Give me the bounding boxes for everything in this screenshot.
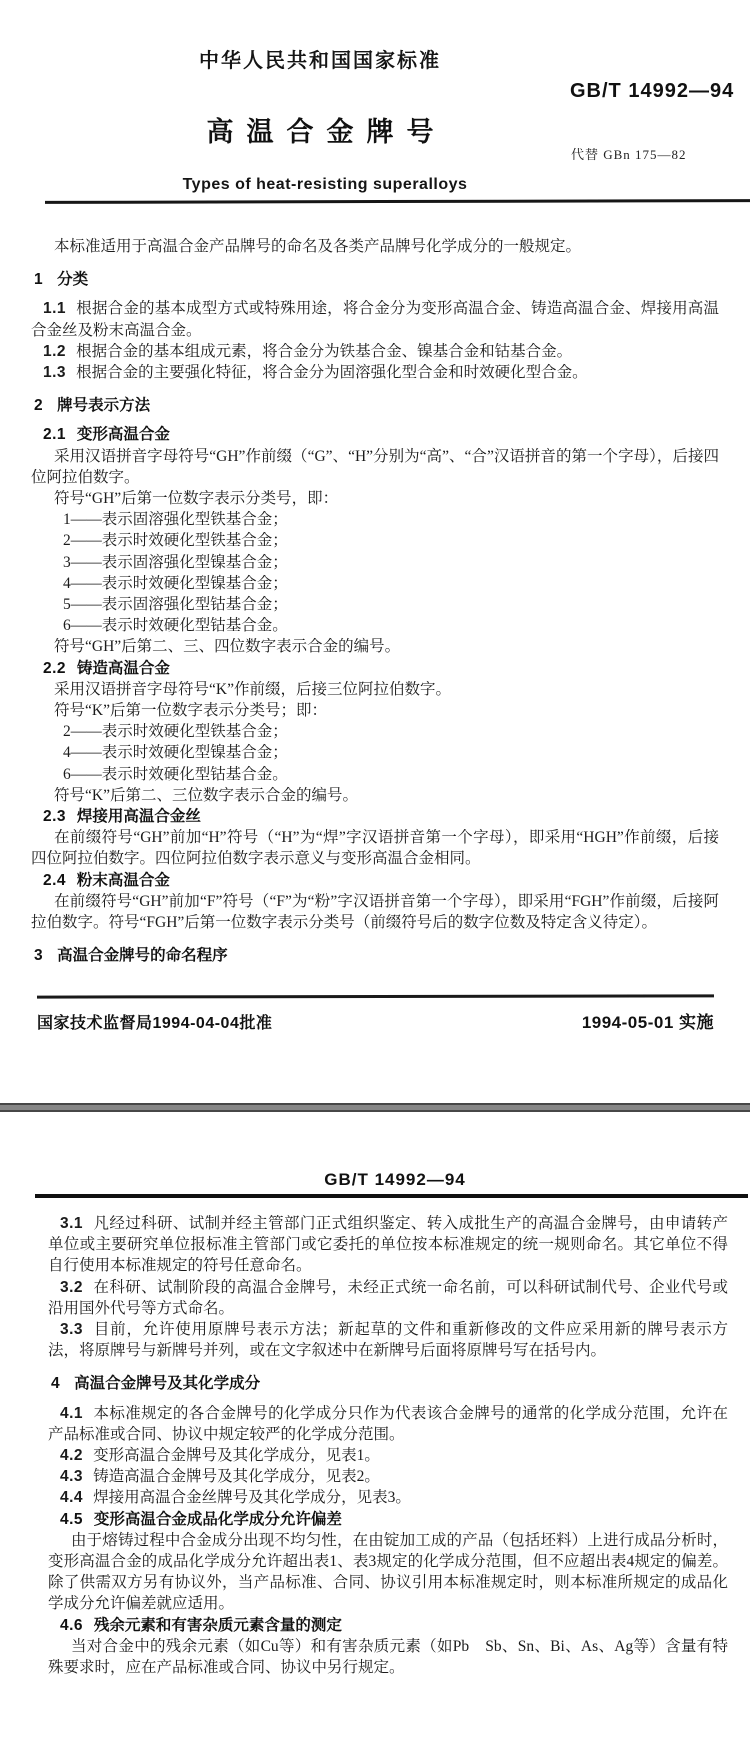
paragraph-text: 2——表示时效硬化型铁基合金； [63,532,288,549]
paragraph: 符号“GH”后第一位数字表示分类号，即： [31,488,719,509]
replaces-note: 代替 GBn 175—82 [571,144,687,163]
page1-body: 本标准适用于高温合金产品牌号的命名及各类产品牌号化学成分的一般规定。1分类1.1… [31,230,719,975]
paragraph: 4.3铸造高温合金牌号及其化学成分，见表2。 [48,1466,728,1487]
section-number: 4.2 [60,1447,83,1464]
paragraph-text: 4——表示时效硬化型镍基合金； [63,744,288,761]
paragraph: 在前缀符号“GH”前加“H”符号（“H”为“焊”字汉语拼音第一个字母），即采用“… [31,827,719,869]
section-number: 3.1 [60,1215,83,1232]
paragraph-text: 当对合金中的残余元素（如Cu等）和有害杂质元素（如Pb Sb、Sn、Bi、As、… [48,1638,728,1676]
paragraph-text: 本标准规定的各合金牌号的化学成分只作为代表该合金牌号的通常的化学成分范围，允许在… [48,1405,728,1443]
paragraph-text: 4——表示时效硬化型镍基合金； [63,575,288,592]
approval-note: 国家技术监督局1994-04-04批准 [37,1010,272,1033]
section-number: 1.2 [43,343,66,360]
paragraph-text: 残余元素和有害杂质元素含量的测定 [94,1617,342,1634]
paragraph-text: 由于熔铸过程中合金成分出现不均匀性，在由锭加工成的产品（包括坯料）上进行成品分析… [48,1532,728,1613]
section-heading: 2.2铸造高温合金 [31,658,719,679]
paragraph: 3.1凡经过科研、试制并经主管部门正式组织鉴定、转入成批生产的高温合金牌号，由申… [48,1213,728,1277]
paragraph: 6——表示时效硬化型钴基合金。 [31,764,719,785]
section-number: 4.6 [60,1617,83,1634]
page2-body: 3.1凡经过科研、试制并经主管部门正式组织鉴定、转入成批生产的高温合金牌号，由申… [48,1213,728,1678]
paragraph: 符号“K”后第二、三位数字表示合金的编号。 [31,785,719,806]
section-number: 3 [34,947,43,964]
paragraph-text: 焊接用高温合金丝 [77,808,201,825]
paragraph-text: 粉末高温合金 [77,872,170,889]
section-heading: 2.3焊接用高温合金丝 [31,806,719,827]
paragraph-text: 根据合金的主要强化特征，将合金分为固溶强化型合金和时效硬化型合金。 [76,364,588,381]
paragraph-text: 2——表示时效硬化型铁基合金； [63,723,288,740]
document-title-english: Types of heat-resisting superalloys [130,176,520,194]
paragraph-text: 1——表示固溶强化型铁基合金； [63,511,288,528]
paragraph-text: 凡经过科研、试制并经主管部门正式组织鉴定、转入成批生产的高温合金牌号，由申请转产… [48,1215,728,1274]
section-number: 4.3 [60,1468,83,1485]
footer-row: 国家技术监督局1994-04-04批准 1994-05-01 实施 [37,1008,714,1033]
paragraph: 3.3目前，允许使用原牌号表示方法；新起草的文件和重新修改的文件应采用新的牌号表… [48,1319,728,1361]
section-number: 4.1 [60,1405,83,1422]
paragraph-text: 符号“GH”后第一位数字表示分类号，即： [54,490,338,507]
paragraph-text: 变形高温合金 [77,426,170,443]
paragraph: 6——表示时效硬化型钴基合金。 [31,615,719,636]
paragraph: 1.1根据合金的基本成型方式或特殊用途，将合金分为变形高温合金、铸造高温合金、焊… [31,298,719,340]
paragraph-text: 符号“GH”后第二、三、四位数字表示合金的编号。 [54,638,400,655]
paragraph-text: 5——表示固溶强化型钴基合金； [63,596,288,613]
section-number: 3.3 [60,1321,83,1338]
paragraph: 本标准适用于高温合金产品牌号的命名及各类产品牌号化学成分的一般规定。 [31,236,719,257]
page2-standard-code: GB/T 14992—94 [0,1170,750,1190]
paragraph-text: 根据合金的基本成型方式或特殊用途，将合金分为变形高温合金、铸造高温合金、焊接用高… [31,300,719,338]
paragraph-text: 在前缀符号“GH”前加“F”符号（“F”为“粉”字汉语拼音第一个字母），即采用“… [31,893,719,931]
paragraph-text: 本标准适用于高温合金产品牌号的命名及各类产品牌号化学成分的一般规定。 [54,238,581,255]
paragraph: 2——表示时效硬化型铁基合金； [31,530,719,551]
section-heading: 2.1变形高温合金 [31,424,719,445]
paragraph: 5——表示固溶强化型钴基合金； [31,594,719,615]
paragraph-text: 6——表示时效硬化型钴基合金。 [63,617,288,634]
paragraph: 采用汉语拼音字母符号“K”作前缀，后接三位阿拉伯数字。 [31,679,719,700]
section-number: 2 [34,397,43,414]
paragraph-text: 目前，允许使用原牌号表示方法；新起草的文件和重新修改的文件应采用新的牌号表示方法… [48,1321,728,1359]
paragraph: 采用汉语拼音字母符号“GH”作前缀（“G”、“H”分别为“高”、“合”汉语拼音的… [31,446,719,488]
footer-divider-rule [37,994,714,998]
paragraph: 符号“GH”后第二、三、四位数字表示合金的编号。 [31,636,719,657]
page1-footer: 国家技术监督局1994-04-04批准 1994-05-01 实施 [37,995,714,1033]
implementation-note: 1994-05-01 实施 [582,1008,714,1033]
section-heading: 3高温合金牌号的命名程序 [31,945,719,966]
paragraph-text: 采用汉语拼音字母符号“GH”作前缀（“G”、“H”分别为“高”、“合”汉语拼音的… [31,448,719,486]
document-title: 高温合金牌号 [120,110,520,149]
section-heading: 4高温合金牌号及其化学成分 [48,1373,728,1394]
paragraph-text: 根据合金的基本组成元素，将合金分为铁基合金、镍基合金和钴基合金。 [76,343,572,360]
paragraph: 4——表示时效硬化型镍基合金； [31,742,719,763]
paragraph-text: 焊接用高温合金丝牌号及其化学成分，见表3。 [93,1489,411,1506]
header-divider-rule [45,199,750,204]
paragraph: 当对合金中的残余元素（如Cu等）和有害杂质元素（如Pb Sb、Sn、Bi、As、… [48,1636,728,1678]
paragraph-text: 在科研、试制阶段的高温合金牌号，未经正式统一命名前，可以科研试制代号、企业代号或… [48,1279,728,1317]
section-number: 3.2 [60,1279,83,1296]
document-scan: 中华人民共和国国家标准 GB/T 14992—94 高温合金牌号 代替 GBn … [0,0,750,1752]
paragraph: 2——表示时效硬化型铁基合金； [31,721,719,742]
paragraph: 由于熔铸过程中合金成分出现不均匀性，在由锭加工成的产品（包括坯料）上进行成品分析… [48,1530,728,1615]
section-number: 2.2 [43,660,66,677]
paragraph: 在前缀符号“GH”前加“F”符号（“F”为“粉”字汉语拼音第一个字母），即采用“… [31,891,719,933]
paragraph: 4.2变形高温合金牌号及其化学成分，见表1。 [48,1445,728,1466]
paragraph-text: 在前缀符号“GH”前加“H”符号（“H”为“焊”字汉语拼音第一个字母），即采用“… [31,829,719,867]
paragraph-text: 高温合金牌号及其化学成分 [74,1375,260,1392]
page-separator-band [0,1103,750,1112]
paragraph: 符号“K”后第一位数字表示分类号；即： [31,700,719,721]
section-number: 1.3 [43,364,66,381]
paragraph: 3——表示固溶强化型镍基合金； [31,552,719,573]
section-number: 2.1 [43,426,66,443]
section-heading: 4.6残余元素和有害杂质元素含量的测定 [48,1615,728,1636]
section-heading: 4.5变形高温合金成品化学成分允许偏差 [48,1509,728,1530]
paragraph-text: 分类 [57,271,88,288]
paragraph-text: 符号“K”后第二、三位数字表示合金的编号。 [54,787,358,804]
paragraph-text: 高温合金牌号的命名程序 [57,947,228,964]
paragraph: 1.3根据合金的主要强化特征，将合金分为固溶强化型合金和时效硬化型合金。 [31,362,719,383]
paragraph: 4.4焊接用高温合金丝牌号及其化学成分，见表3。 [48,1487,728,1508]
paragraph-text: 采用汉语拼音字母符号“K”作前缀，后接三位阿拉伯数字。 [54,681,451,698]
section-heading: 1分类 [31,269,719,290]
standard-code: GB/T 14992—94 [570,80,734,103]
paragraph-text: 3——表示固溶强化型镍基合金； [63,554,288,571]
section-heading: 2.4粉末高温合金 [31,870,719,891]
paragraph: 4——表示时效硬化型镍基合金； [31,573,719,594]
section-number: 4.5 [60,1511,83,1528]
page1-header: 中华人民共和国国家标准 GB/T 14992—94 高温合金牌号 代替 GBn … [0,0,750,230]
section-heading: 2牌号表示方法 [31,395,719,416]
paragraph-text: 牌号表示方法 [57,397,150,414]
section-number: 1.1 [43,300,66,317]
paragraph-text: 变形高温合金成品化学成分允许偏差 [94,1511,342,1528]
paragraph-text: 变形高温合金牌号及其化学成分，见表1。 [93,1447,380,1464]
paragraph-text: 符号“K”后第一位数字表示分类号；即： [54,702,327,719]
paragraph: 1——表示固溶强化型铁基合金； [31,509,719,530]
section-number: 2.3 [43,808,66,825]
section-number: 2.4 [43,872,66,889]
paragraph: 1.2根据合金的基本组成元素，将合金分为铁基合金、镍基合金和钴基合金。 [31,341,719,362]
paragraph-text: 铸造高温合金 [77,660,170,677]
paragraph-text: 6——表示时效硬化型钴基合金。 [63,766,288,783]
section-number: 4 [51,1375,60,1392]
paragraph: 4.1本标准规定的各合金牌号的化学成分只作为代表该合金牌号的通常的化学成分范围，… [48,1403,728,1445]
page2-header-rule [35,1194,748,1198]
section-number: 1 [34,271,43,288]
section-number: 4.4 [60,1489,83,1506]
standard-org-title: 中华人民共和国国家标准 [120,44,520,73]
paragraph: 3.2在科研、试制阶段的高温合金牌号，未经正式统一命名前，可以科研试制代号、企业… [48,1277,728,1319]
paragraph-text: 铸造高温合金牌号及其化学成分，见表2。 [93,1468,380,1485]
